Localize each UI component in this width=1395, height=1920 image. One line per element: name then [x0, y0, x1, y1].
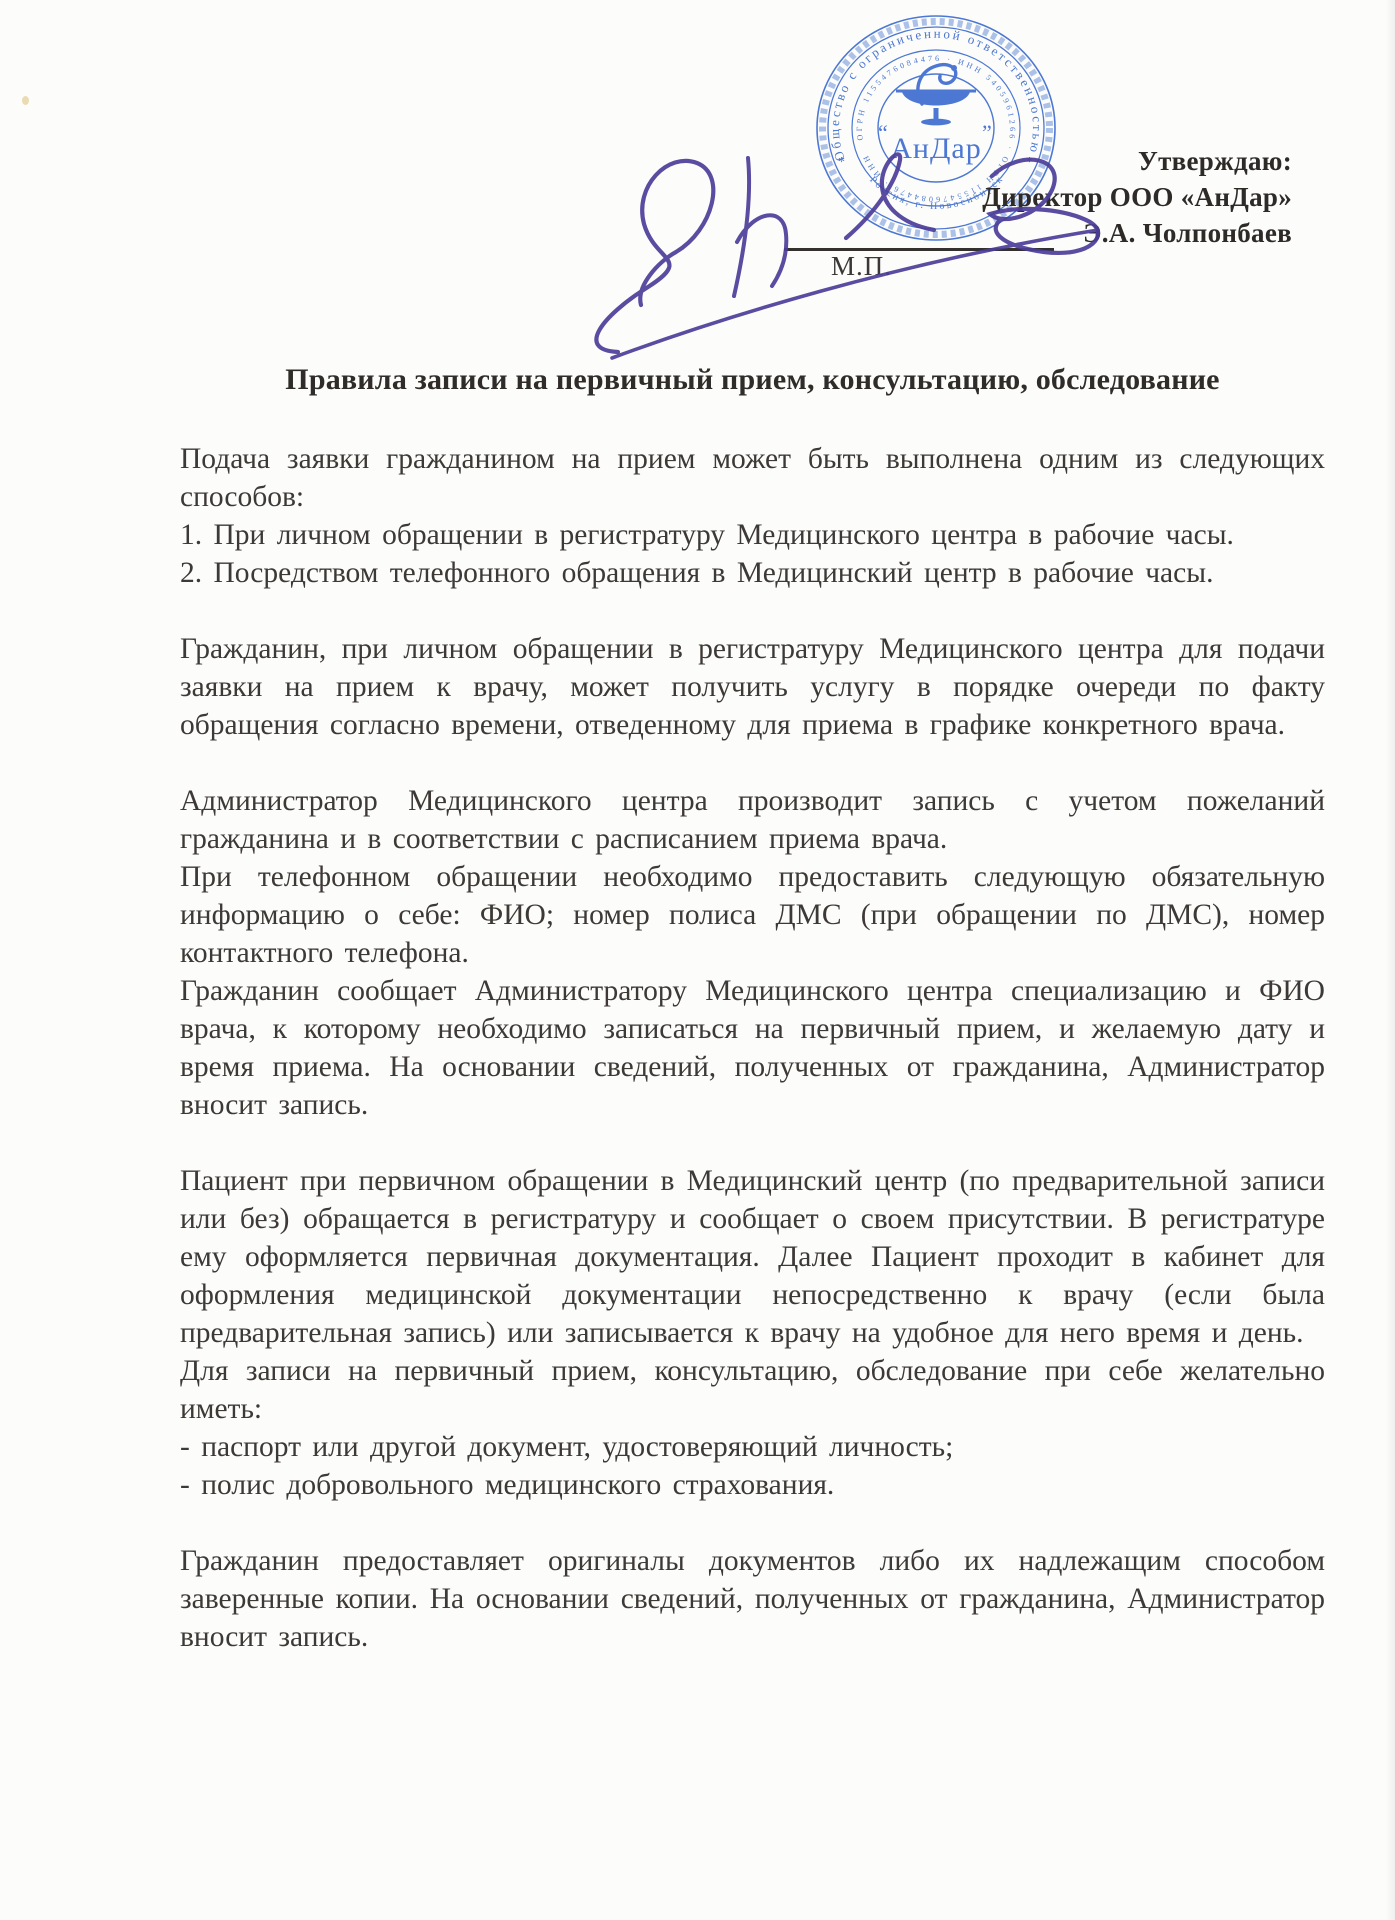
- document-body: Подача заявки гражданином на прием может…: [180, 440, 1325, 1656]
- document-title: Правила записи на первичный прием, консу…: [180, 363, 1325, 397]
- paragraph: Администратор Медицинского центра произв…: [180, 782, 1325, 858]
- scan-edge-shadow: [1386, 0, 1395, 1920]
- paragraph: Для записи на первичный прием, консульта…: [180, 1352, 1325, 1428]
- paragraph: Гражданин предоставляет оригиналы докуме…: [180, 1542, 1325, 1656]
- paragraph: - полис добровольного медицинского страх…: [180, 1466, 1325, 1504]
- paragraph: 2. Посредством телефонного обращения в М…: [180, 554, 1325, 592]
- signature-stroke: [846, 154, 934, 238]
- paragraph: 1. При личном обращении в регистратуру М…: [180, 516, 1325, 554]
- paragraph: Гражданин, при личном обращении в регист…: [180, 630, 1325, 744]
- paragraph: Гражданин сообщает Администратору Медици…: [180, 972, 1325, 1124]
- paragraph: При телефонном обращении необходимо пред…: [180, 858, 1325, 972]
- handwritten-signature: [560, 120, 1140, 380]
- scanned-document-page: Общество с ограниченной ответственностью…: [0, 0, 1395, 1920]
- paragraph: Пациент при первичном обращении в Медици…: [180, 1162, 1325, 1352]
- paragraph: Подача заявки гражданином на прием может…: [180, 440, 1325, 516]
- paragraph: - паспорт или другой документ, удостовер…: [180, 1428, 1325, 1466]
- paper-speck: [22, 96, 29, 105]
- signature-stroke: [596, 161, 713, 352]
